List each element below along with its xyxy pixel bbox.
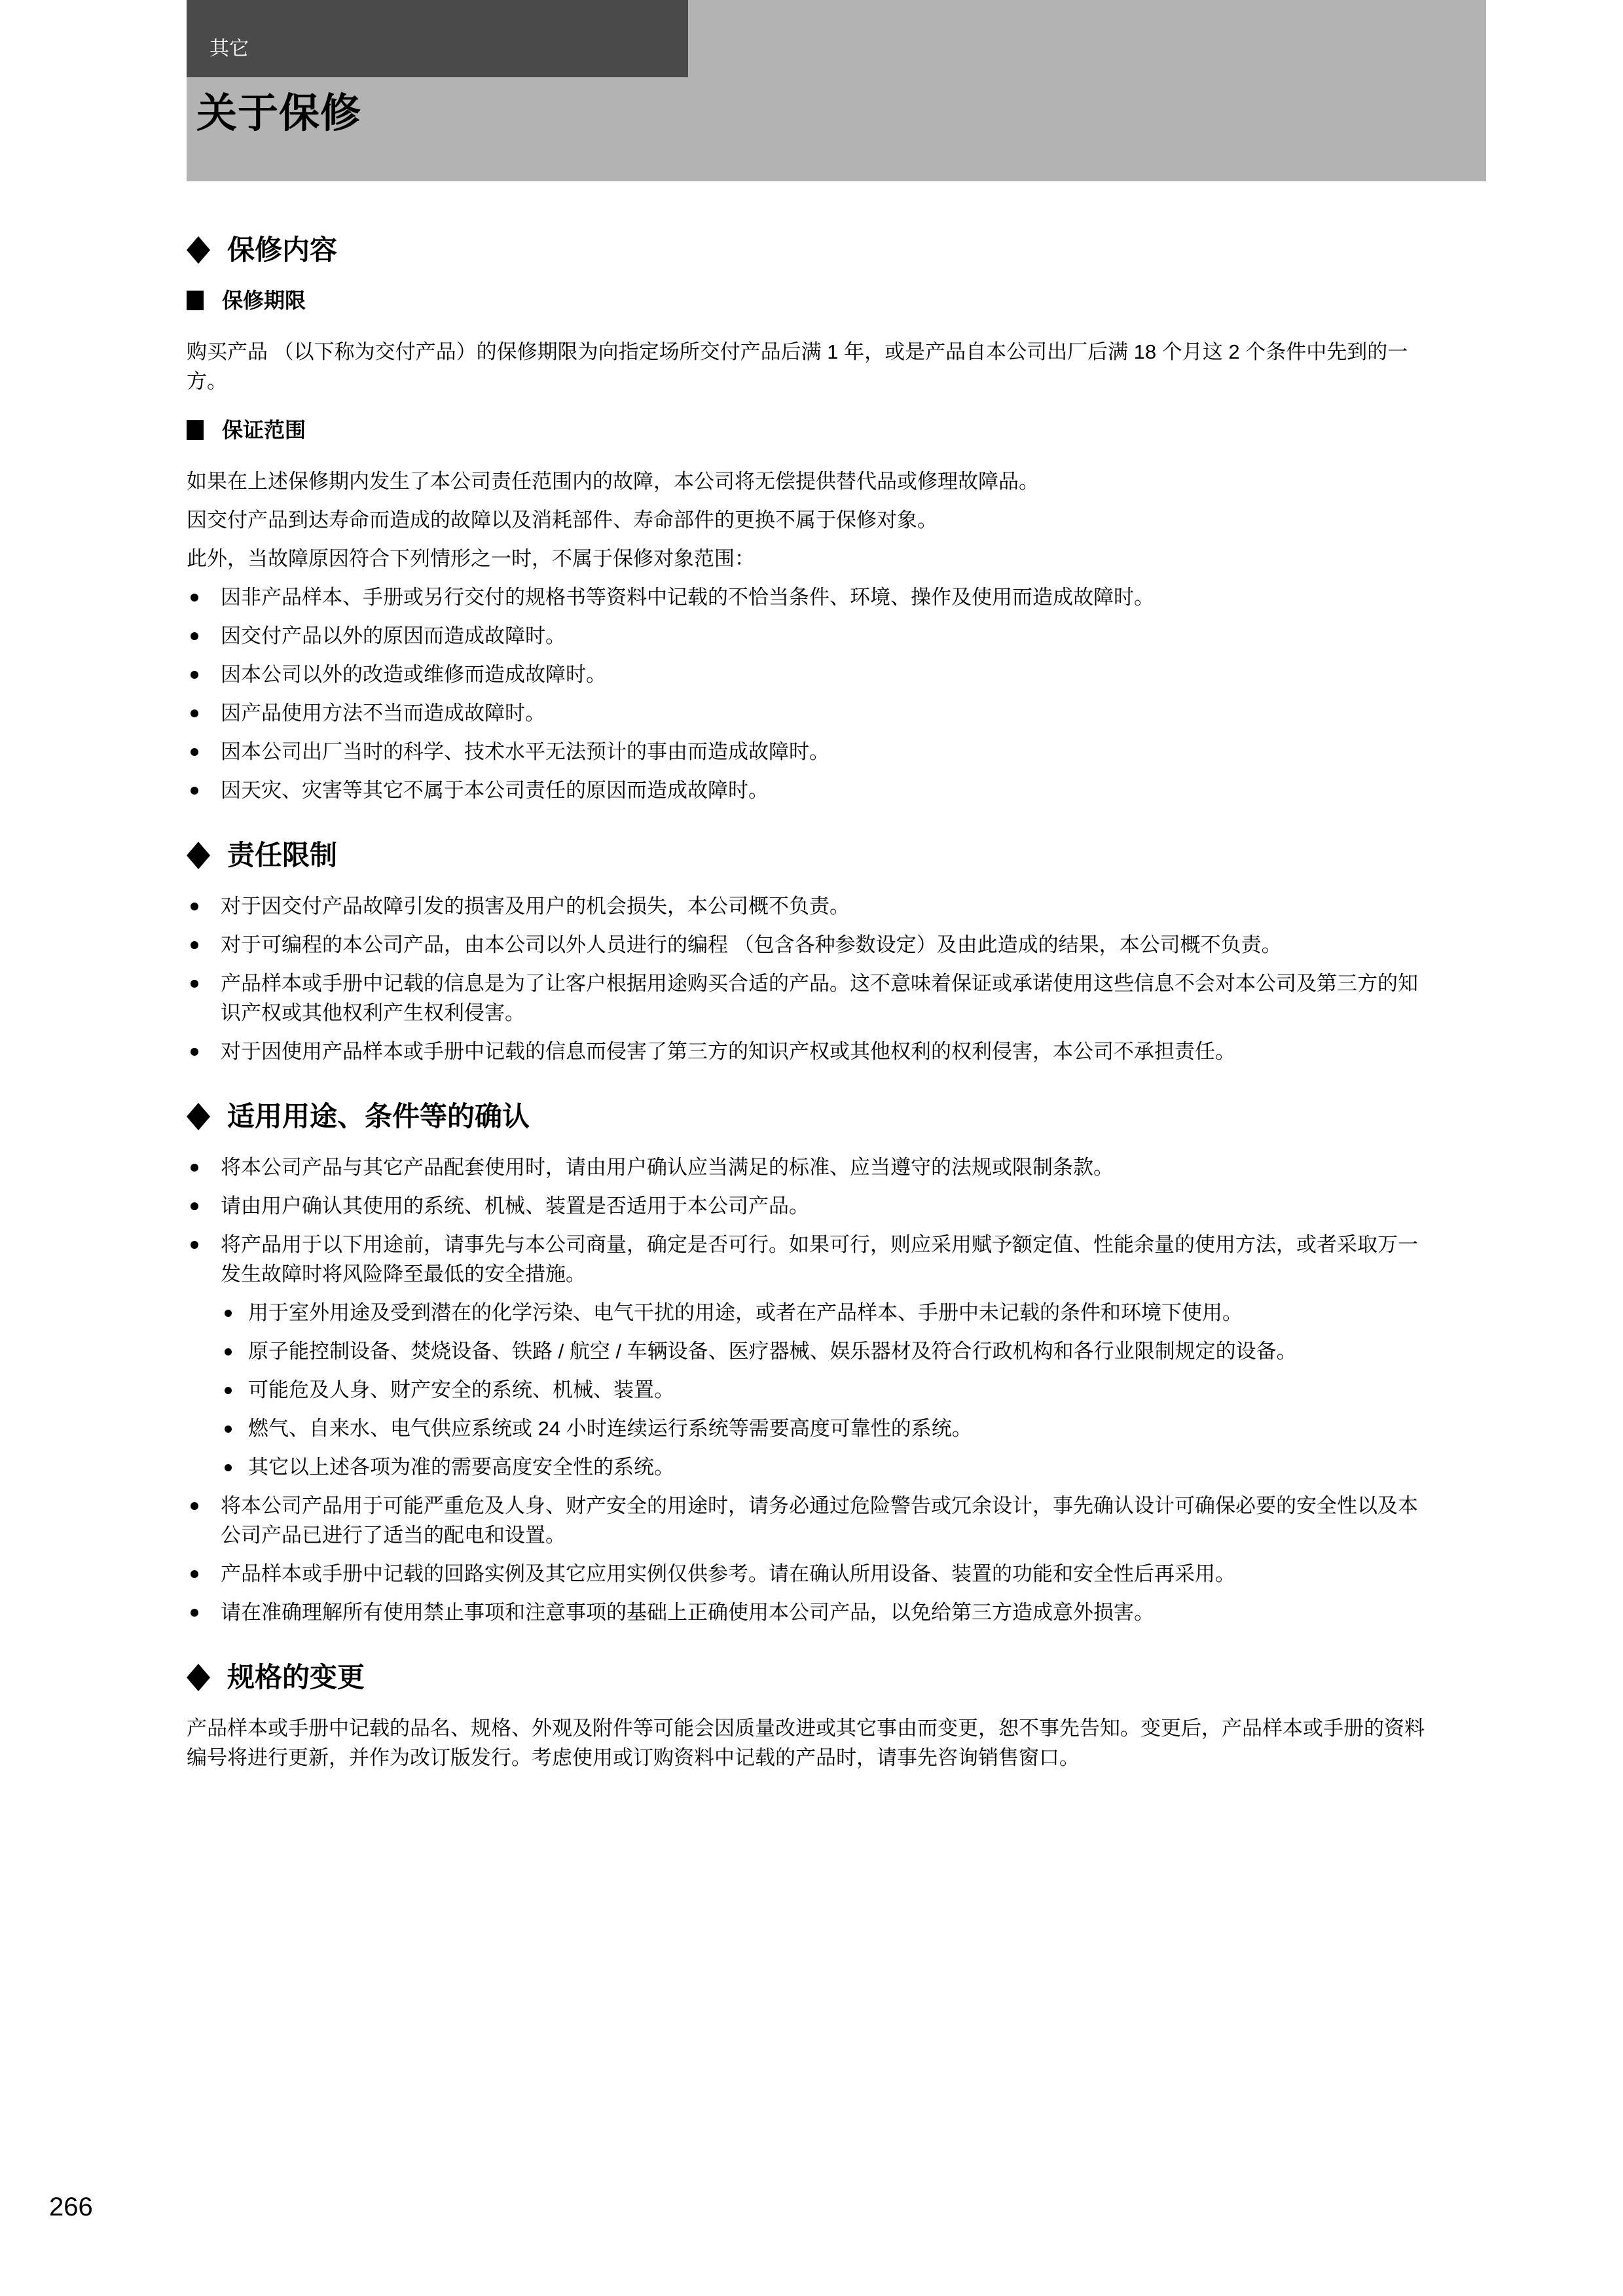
liability-list: 对于因交付产品故障引发的损害及用户的机会损失，本公司概不负责。 对于可编程的本公… [187, 891, 1434, 1066]
list-item: 对于因使用产品样本或手册中记载的信息而侵害了第三方的知识产权或其他权利的权利侵害… [187, 1037, 1434, 1066]
bullet-icon [191, 787, 198, 795]
list-item: 将产品用于以下用途前，请事先与本公司商量，确定是否可行。如果可行，则应采用赋予额… [187, 1230, 1434, 1482]
sub-heading-label: 保证范围 [222, 417, 306, 443]
sub-heading-label: 保修期限 [222, 287, 306, 314]
bullet-icon [191, 709, 198, 717]
paragraph: 如果在上述保修期内发生了本公司责任范围内的故障，本公司将无偿提供替代品或修理故障… [187, 467, 1434, 496]
section-heading-specification-changes: 规格的变更 [187, 1661, 1434, 1694]
bullet-icon [191, 1048, 198, 1056]
list-item-text: 请由用户确认其使用的系统、机械、装置是否适用于本公司产品。 [221, 1194, 809, 1217]
application-list: 将本公司产品与其它产品配套使用时，请由用户确认应当满足的标准、应当遵守的法规或限… [187, 1153, 1434, 1627]
manual-page: 其它 关于保修 保修内容 保修期限 购买产品 （以下称为交付产品）的保修期限为向… [0, 0, 1623, 2296]
list-item: 因天灾、灾害等其它不属于本公司责任的原因而造成故障时。 [187, 776, 1434, 805]
list-item: 因本公司出厂当时的科学、技术水平无法预计的事由而造成故障时。 [187, 737, 1434, 766]
list-item-text: 因非产品样本、手册或另行交付的规格书等资料中记载的不恰当条件、环境、操作及使用而… [221, 586, 1154, 609]
list-item-text: 对于因交付产品故障引发的损害及用户的机会损失，本公司概不负责。 [221, 895, 850, 918]
list-item-text: 因本公司出厂当时的科学、技术水平无法预计的事由而造成故障时。 [221, 740, 830, 763]
page-title: 关于保修 [196, 90, 361, 137]
list-item-text: 可能危及人身、财产安全的系统、机械、装置。 [248, 1378, 674, 1401]
section-heading-label: 适用用途、条件等的确认 [227, 1100, 530, 1133]
section-heading-limitation-of-liability: 责任限制 [187, 839, 1434, 872]
list-item: 对于因交付产品故障引发的损害及用户的机会损失，本公司概不负责。 [187, 891, 1434, 921]
paragraph: 产品样本或手册中记载的品名、规格、外观及附件等可能会因质量改进或其它事由而变更，… [187, 1713, 1434, 1772]
list-item-text: 因产品使用方法不当而造成故障时。 [221, 702, 545, 725]
list-item-text: 对于因使用产品样本或手册中记载的信息而侵害了第三方的知识产权或其他权利的权利侵害… [221, 1040, 1235, 1063]
list-item: 可能危及人身、财产安全的系统、机械、装置。 [221, 1375, 1434, 1405]
restricted-use-list: 用于室外用途及受到潜在的化学污染、电气干扰的用途，或者在产品样本、手册中未记载的… [221, 1298, 1434, 1482]
section-heading-label: 保修内容 [227, 234, 337, 266]
list-item: 其它以上述各项为准的需要高度安全性的系统。 [221, 1452, 1434, 1482]
square-icon [187, 291, 204, 310]
diamond-icon [187, 1103, 210, 1130]
bullet-icon [191, 1570, 198, 1578]
list-item-text: 因天灾、灾害等其它不属于本公司责任的原因而造成故障时。 [221, 779, 769, 802]
list-item: 产品样本或手册中记载的回路实例及其它应用实例仅供参考。请在确认所用设备、装置的功… [187, 1559, 1434, 1588]
bullet-icon [225, 1387, 232, 1394]
list-item: 因非产品样本、手册或另行交付的规格书等资料中记载的不恰当条件、环境、操作及使用而… [187, 583, 1434, 612]
section-heading-warranty-content: 保修内容 [187, 234, 1434, 266]
list-item-text: 产品样本或手册中记载的回路实例及其它应用实例仅供参考。请在确认所用设备、装置的功… [221, 1562, 1235, 1585]
section-heading-label: 责任限制 [227, 839, 337, 872]
list-item: 因产品使用方法不当而造成故障时。 [187, 698, 1434, 728]
bullet-icon [225, 1310, 232, 1317]
list-item: 请由用户确认其使用的系统、机械、装置是否适用于本公司产品。 [187, 1191, 1434, 1221]
chapter-tab-band [187, 0, 688, 77]
list-item-text: 其它以上述各项为准的需要高度安全性的系统。 [248, 1456, 674, 1479]
list-item: 将本公司产品与其它产品配套使用时，请由用户确认应当满足的标准、应当遵守的法规或限… [187, 1153, 1434, 1182]
section-heading-application-confirmation: 适用用途、条件等的确认 [187, 1100, 1434, 1133]
list-item-text: 因本公司以外的改造或维修而造成故障时。 [221, 663, 606, 686]
list-item: 原子能控制设备、焚烧设备、铁路 / 航空 / 车辆设备、医疗器械、娱乐器材及符合… [221, 1336, 1434, 1366]
list-item: 因本公司以外的改造或维修而造成故障时。 [187, 660, 1434, 689]
chapter-tab-label: 其它 [210, 38, 249, 60]
bullet-icon [191, 594, 198, 601]
bullet-icon [191, 671, 198, 679]
bullet-icon [191, 980, 198, 988]
list-item: 用于室外用途及受到潜在的化学污染、电气干扰的用途，或者在产品样本、手册中未记载的… [221, 1298, 1434, 1327]
list-item: 燃气、自来水、电气供应系统或 24 小时连续运行系统等需要高度可靠性的系统。 [221, 1414, 1434, 1443]
diamond-icon [187, 236, 210, 264]
paragraph: 购买产品 （以下称为交付产品）的保修期限为向指定场所交付产品后满 1 年，或是产… [187, 337, 1434, 396]
square-icon [187, 420, 204, 440]
list-item: 因交付产品以外的原因而造成故障时。 [187, 621, 1434, 651]
bullet-icon [191, 632, 198, 640]
bullet-icon [191, 1609, 198, 1617]
warranty-exclusion-list: 因非产品样本、手册或另行交付的规格书等资料中记载的不恰当条件、环境、操作及使用而… [187, 583, 1434, 805]
paragraph: 此外，当故障原因符合下列情形之一时，不属于保修对象范围： [187, 544, 1434, 573]
list-item-text: 用于室外用途及受到潜在的化学污染、电气干扰的用途，或者在产品样本、手册中未记载的… [248, 1301, 1243, 1324]
list-item-text: 请在准确理解所有使用禁止事项和注意事项的基础上正确使用本公司产品，以免给第三方造… [221, 1601, 1154, 1624]
bullet-icon [191, 1502, 198, 1510]
bullet-icon [191, 1164, 198, 1172]
bullet-icon [191, 903, 198, 910]
bullet-icon [191, 1241, 198, 1249]
list-item: 将本公司产品用于可能严重危及人身、财产安全的用途时，请务必通过危险警告或冗余设计… [187, 1491, 1434, 1550]
diamond-icon [187, 1664, 210, 1691]
list-item-text: 对于可编程的本公司产品，由本公司以外人员进行的编程 （包含各种参数设定）及由此造… [221, 933, 1282, 956]
bullet-icon [191, 1202, 198, 1210]
page-number: 266 [49, 2193, 93, 2221]
bullet-icon [225, 1464, 232, 1471]
list-item-text: 将产品用于以下用途前，请事先与本公司商量，确定是否可行。如果可行，则应采用赋予额… [221, 1233, 1418, 1285]
bullet-icon [191, 748, 198, 756]
section-heading-label: 规格的变更 [227, 1661, 365, 1694]
list-item-text: 将本公司产品与其它产品配套使用时，请由用户确认应当满足的标准、应当遵守的法规或限… [221, 1156, 1114, 1179]
list-item-text: 燃气、自来水、电气供应系统或 24 小时连续运行系统等需要高度可靠性的系统。 [248, 1417, 972, 1440]
bullet-icon [225, 1426, 232, 1433]
bullet-icon [225, 1348, 232, 1355]
list-item-text: 因交付产品以外的原因而造成故障时。 [221, 624, 566, 647]
list-item: 产品样本或手册中记载的信息是为了让客户根据用途购买合适的产品。这不意味着保证或承… [187, 969, 1434, 1028]
list-item: 请在准确理解所有使用禁止事项和注意事项的基础上正确使用本公司产品，以免给第三方造… [187, 1598, 1434, 1627]
diamond-icon [187, 842, 210, 869]
list-item-text: 将本公司产品用于可能严重危及人身、财产安全的用途时，请务必通过危险警告或冗余设计… [221, 1494, 1418, 1547]
list-item-text: 产品样本或手册中记载的信息是为了让客户根据用途购买合适的产品。这不意味着保证或承… [221, 972, 1418, 1024]
page-content: 保修内容 保修期限 购买产品 （以下称为交付产品）的保修期限为向指定场所交付产品… [187, 181, 1434, 1782]
list-item: 对于可编程的本公司产品，由本公司以外人员进行的编程 （包含各种参数设定）及由此造… [187, 930, 1434, 960]
sub-heading-warranty-scope: 保证范围 [187, 417, 1434, 443]
bullet-icon [191, 941, 198, 949]
list-item-text: 原子能控制设备、焚烧设备、铁路 / 航空 / 车辆设备、医疗器械、娱乐器材及符合… [248, 1340, 1297, 1363]
paragraph: 因交付产品到达寿命而造成的故障以及消耗部件、寿命部件的更换不属于保修对象。 [187, 505, 1434, 535]
sub-heading-warranty-period: 保修期限 [187, 287, 1434, 314]
